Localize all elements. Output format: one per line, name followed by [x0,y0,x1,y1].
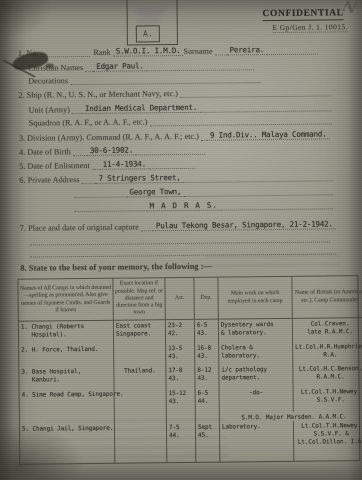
cell-camp: 4. Sime Road Camp, Singapore. [20,389,115,415]
faded-stamp-smudge [135,7,165,16]
unit-label: Unit (Army) [29,105,72,114]
date-of-birth-value: 30-6-1902. [90,145,133,154]
field-address-line3: M A D R A S. [75,199,333,212]
dotted-rule [40,49,90,58]
dotted-rule [200,103,332,112]
capture-label: 7. Place and date of original capture [20,222,141,232]
date-of-birth-label: 4. Date of Birth [19,147,73,157]
dotted-rule [82,176,96,184]
cell-empty [196,413,220,422]
cell-commander: Lt.Col.H.C.Benson. R.A.M.C. [293,363,362,387]
dotted-rule [72,106,82,114]
unit-value-wrap: Indian Medical Department. [82,103,200,114]
cell-arrival: 17-8 43. [166,365,195,388]
dotted-rule [30,234,330,245]
document-content: N CONFIDENTIAL E Gp/Gen J. 1. 10015. A. … [0,0,362,480]
dotted-rule [85,64,93,72]
address-line1-value: 7 Stringers Street, [99,173,181,183]
cell-arrival: 23-2 42. [166,320,195,343]
dotted-rule [70,75,260,85]
field-private-address: 6. Private Address 7 Stringers Street, [19,171,332,184]
cell-work: Dysentery wards & laboratory. [219,319,293,343]
dotted-rule [215,48,227,56]
field-squadron: Squadron (R. A. F., or A. A. F., etc.) [29,115,332,127]
classification-stamp: CONFIDENTIAL [262,8,343,21]
christian-names-value-wrap: Edgar Paul. [93,61,147,72]
field-christian-names: Christian Names Edgar Paul. [28,60,254,72]
surname-label: Surname [183,47,214,56]
surname-value: Pereira. [230,45,265,54]
field-ship: 2. Ship (R. N., U. S. N., or Merchant Na… [18,87,331,99]
rank-label: Rank [90,48,112,57]
faded-stamp-smudge [139,17,161,23]
christian-names-value: Edgar Paul. [96,61,144,70]
col-header-departure: Dep. [194,278,218,320]
capture-value-wrap: Pulau Tekong Besar, Singapore, 21-2-1942… [153,219,336,231]
dotted-rule [75,203,147,212]
col-header-location: Exact location if possible. Map ref. or … [113,278,165,321]
unit-value: Indian Medical Department. [85,103,197,113]
cell-arrival: 7-5 44. [167,422,196,462]
cell-commander: Lt.Col.T.H.Newey. S.S.V.F. & Lt.Col.Dill… [294,420,362,461]
dotted-rule [147,62,255,71]
field-unit: Unit (Army) Indian Medical Department. [29,101,332,114]
dotted-rule [30,246,336,257]
cell-camp: 2. H. Force, Thailand. [19,344,114,367]
reference-number: E Gp/Gen J. 1. 10015. [272,22,347,33]
dotted-rule [141,223,153,231]
dotted-rule [74,190,126,199]
dotted-rule [184,187,332,197]
cell-work: -do- [220,387,294,413]
dotted-rule [149,161,195,169]
scanned-pow-form: N CONFIDENTIAL E Gp/Gen J. 1. 10015. A. … [0,0,362,480]
field-date-of-enlistment: 5. Date of Enlistment 11-4-1934. [19,159,195,171]
division-value-wrap: 9 Ind.Div.. Malaya Command. [207,129,330,140]
cell-camp: 1. Changi (Roberts Hospital). [19,321,114,345]
address-line2-wrap: George Town, [126,187,184,198]
stamp-letter-box: A. [136,25,160,42]
field-no-rank-surname: 1. No. Rank S.W.O.I. I.M.D. Surname Pere… [18,45,318,58]
rank-value-wrap: S.W.O.I. I.M.D. [113,46,184,57]
memory-heading-label: 8. State to the best of your memory, the… [20,262,214,273]
dotted-rule [221,201,332,210]
address-line3-value: M A D R A S. [150,201,219,211]
dotted-rule [201,133,207,141]
division-value: 9 Ind.Div.. Malaya Command. [210,129,327,139]
dotted-rule [92,162,100,170]
date-of-birth-value-wrap: 30-6-1902. [87,145,136,156]
cell-departure: 6-5 43. [195,320,219,343]
dotted-rule [149,116,331,126]
cell-commander: Col.Craven. late R.A.M.C. [293,318,362,342]
cell-departure: 8-12 43. [195,365,219,388]
field-decorations: Decorations [28,74,260,85]
memory-section-heading: 8. State to the best of your memory, the… [20,262,214,273]
cell-commander: Lt.Col.H.R.Humphries R.A. [293,341,362,364]
bleed-through-smudge [205,254,340,269]
address-line3-wrap: M A D R A S. [147,201,222,212]
capture-value: Pulau Tekong Besar, Singapore, 21-2-1942… [156,219,333,230]
ink-blot [45,63,54,68]
cell-location: Thailand. [114,365,166,389]
division-label: 3. Division (Army). Command (R. A. F., A… [19,132,201,143]
cell-empty [167,413,196,422]
surname-value-wrap: Pereira. [227,45,268,55]
date-of-enlistment-value-wrap: 11-4-1934. [100,159,149,170]
blank-dotted-line [30,246,336,257]
blank-dotted-line [30,234,330,245]
col-header-work: Main work on which employed in each camp [218,277,292,320]
date-of-enlistment-label: 5. Date of Enlistment [19,161,92,171]
cell-work: Laboratory. [220,421,294,462]
field-date-of-birth: 4. Date of Birth 30-6-1902. [19,145,205,157]
col-header-camps: Names of All Camps in which detained—spe… [18,279,113,322]
rank-value: S.W.O.I. I.M.D. [116,46,181,56]
squadron-label: Squadron (R. A. F., or A. A. F., etc.) [29,117,150,127]
field-division: 3. Division (Army). Command (R. A. F., A… [19,129,355,143]
cell-arrival: 13-5 43. [166,343,195,365]
cell-location [114,343,166,366]
cell-camp: 5. Changi Jail, Singapore. [20,423,115,464]
dotted-rule [73,148,87,156]
dotted-rule [136,147,205,156]
address-line1-wrap: 7 Stringers Street, [96,173,184,184]
cell-commander: Lt.Col.T.H.Newey. S.S.V.F. [294,386,362,412]
cell-location [115,422,167,463]
date-of-enlistment-value: 11-4-1934. [103,159,146,168]
dotted-rule [184,173,333,183]
col-header-arrival: Arr. [165,278,194,320]
ship-label: 2. Ship (R. N., U. S. N., or Merchant Na… [18,89,180,100]
cell-departure: Sept 45. [196,422,220,462]
cell-camp: 3. Base Hospital, Kanburi. [19,366,114,390]
cell-location: East coast Singapore. [114,320,166,344]
cell-departure: 16-8 43. [195,343,219,365]
dotted-rule [267,47,318,56]
field-place-of-capture: 7. Place and date of original capture Pu… [20,219,356,233]
private-address-label: 6. Private Address [19,175,81,185]
dotted-rule [180,88,332,98]
camps-table: Names of All Camps in which detained—spe… [17,275,360,465]
address-line2-value: George Town, [129,187,181,197]
cell-location [115,388,167,414]
cell-departure: 6-5 44. [196,388,220,413]
cell-work: Cholera & laboratory. [219,342,293,365]
field-address-line2: George Town, [74,185,332,198]
cell-work: i/c pathology department. [219,364,293,388]
col-header-commander: Name of British (or American etc.), Camp… [292,276,362,319]
cell-arrival: 15-12 43. [167,388,196,413]
